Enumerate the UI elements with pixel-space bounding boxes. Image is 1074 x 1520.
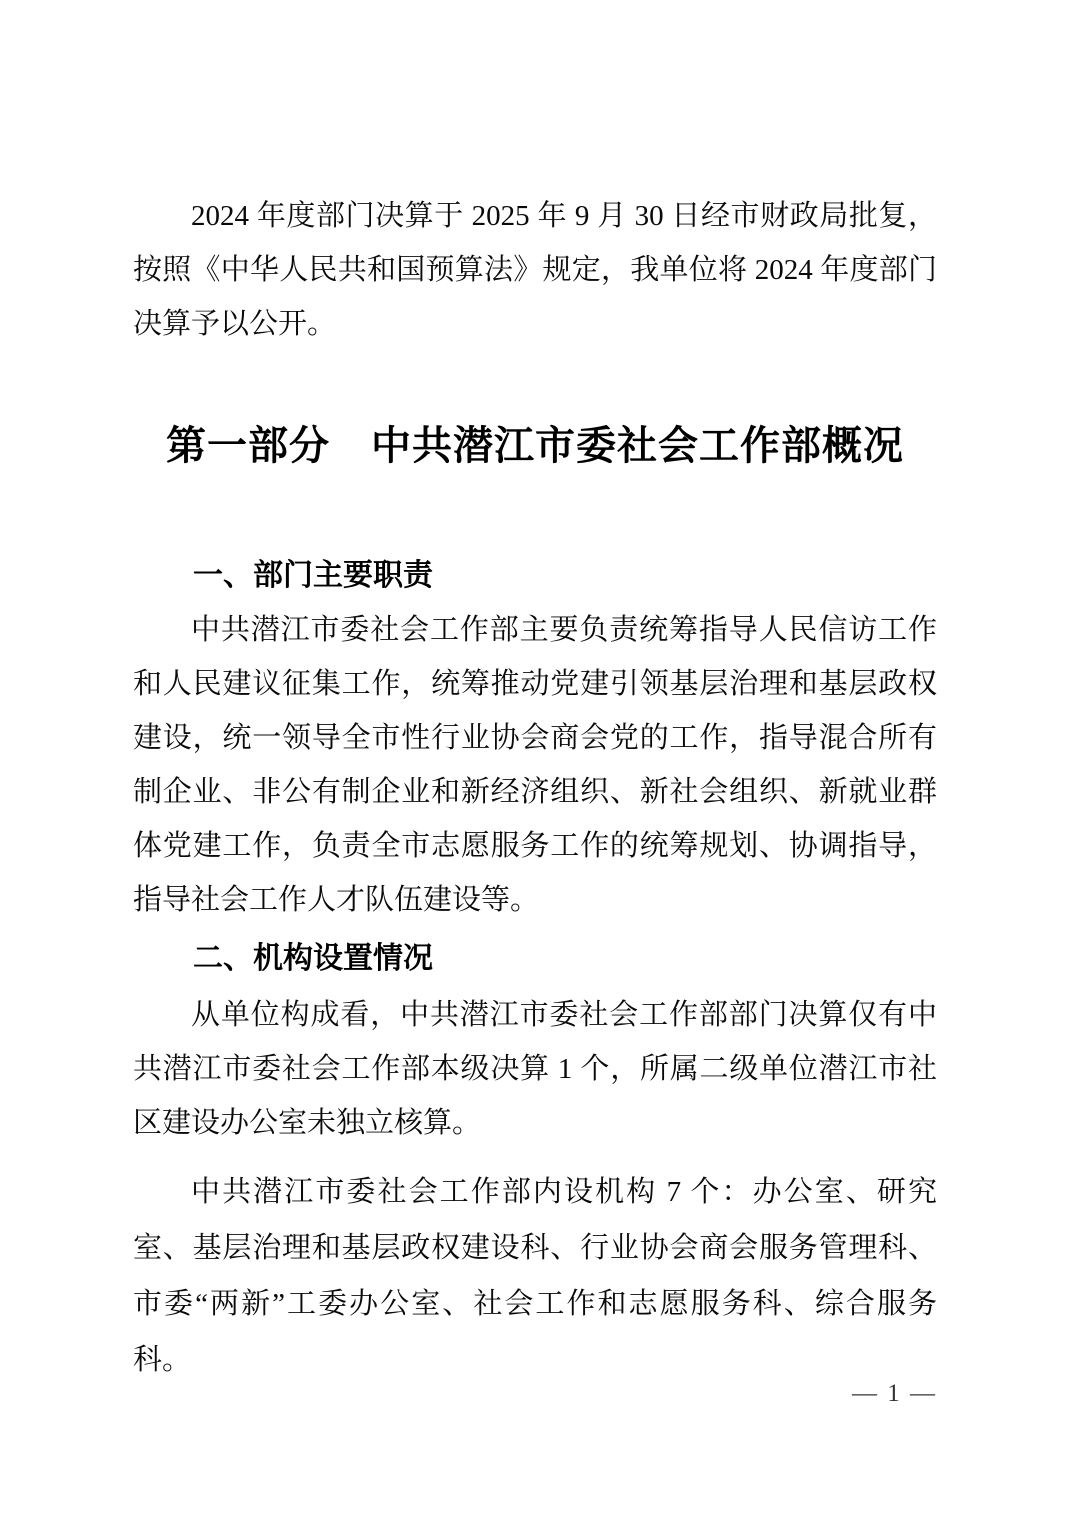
section-1-paragraph: 中共潜江市委社会工作部主要负责统筹指导人民信访工作和人民建议征集工作，统筹推动党… xyxy=(133,603,937,927)
section-2-paragraph-2: 中共潜江市委社会工作部内设机构 7 个：办公室、研究室、基层治理和基层政权建设科… xyxy=(133,1164,937,1388)
chapter-title: 第一部分 中共潜江市委社会工作部概况 xyxy=(133,414,937,478)
page-number: — 1 — xyxy=(852,1378,937,1410)
intro-paragraph: 2024 年度部门决算于 2025 年 9 月 30 日经市财政局批复，按照《中… xyxy=(133,189,937,351)
section-2-heading: 二、机构设置情况 xyxy=(133,932,937,986)
section-1-heading: 一、部门主要职责 xyxy=(133,549,937,603)
document-page: 2024 年度部门决算于 2025 年 9 月 30 日经市财政局批复，按照《中… xyxy=(0,0,1074,1520)
section-2-paragraph-1: 从单位构成看，中共潜江市委社会工作部部门决算仅有中共潜江市委社会工作部本级决算 … xyxy=(133,988,937,1150)
